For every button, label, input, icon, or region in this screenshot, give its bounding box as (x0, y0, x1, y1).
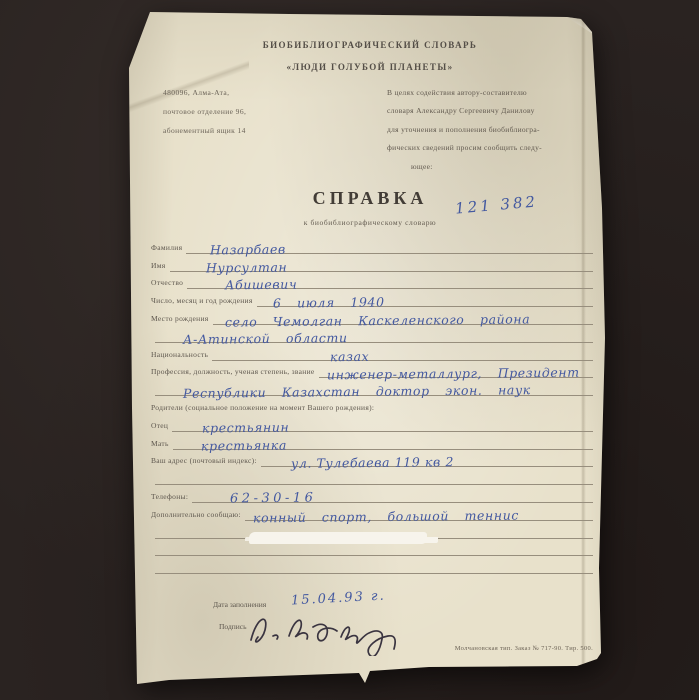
address-line: 480096, Алма-Ата, (163, 88, 229, 97)
field-label: Телефоны: (151, 492, 192, 503)
form-row: Национальностьказах (151, 343, 593, 361)
field-underline: конный спорт, большой теннис (245, 502, 593, 521)
paper-corner-fold (565, 16, 593, 34)
field-underline: Республики Казахстан доктор экон. наук (155, 377, 593, 396)
field-label: Отчество (151, 278, 187, 289)
document-subtitle: к биобиблиографическому словарю (129, 218, 611, 227)
document-title: СПРАВКА (129, 188, 611, 209)
notice-line: фических сведений просим сообщить следу- (387, 139, 589, 157)
form-row: Профессия, должность, ученая степень, зв… (151, 361, 593, 379)
form-row: Место рождениясело Чемолган Каскеленског… (151, 307, 593, 325)
field-label: Отец (151, 421, 172, 432)
form-row (151, 556, 593, 574)
field-underline (155, 520, 593, 539)
form-row: Число, месяц и год рождения6 июля 1940 (151, 289, 593, 307)
field-underline: крестьянин (172, 413, 593, 432)
field-underline: село Чемолган Каскеленского района (213, 306, 593, 325)
form-row: ФамилияНазарбаев (151, 236, 593, 254)
form-row (151, 521, 593, 539)
field-underline: ул. Тулебаева 119 кв 2 (261, 449, 593, 468)
field-underline: 6 июля 1940 (257, 288, 593, 307)
form-row: Матькрестьянка (151, 432, 593, 450)
field-underline: Абишевич (187, 271, 593, 290)
notice-line: ющее: (387, 158, 589, 176)
field-underline: Назарбаев (186, 235, 593, 254)
field-label: Мать (151, 439, 173, 450)
notice-block: В целях содействия автору-составителю сл… (387, 84, 589, 176)
field-underline: А-Атинской области (155, 324, 593, 343)
address-line: абонементный ящик 14 (163, 126, 246, 135)
dictionary-header-line1: БИОБИБЛИОГРАФИЧЕСКИЙ СЛОВАРЬ (129, 40, 611, 50)
dictionary-header-line2: «ЛЮДИ ГОЛУБОЙ ПЛАНЕТЫ» (129, 62, 611, 72)
field-underline (155, 466, 593, 485)
field-label: Национальность (151, 350, 212, 361)
field-underline: Нурсултан (170, 253, 593, 272)
address-line: почтовое отделение 96, (163, 107, 246, 116)
form-row: Телефоны:62-30-16 (151, 485, 593, 503)
notice-line: В целях содействия автору-составителю (387, 84, 589, 102)
field-underline: крестьянка (173, 431, 593, 450)
field-label: Имя (151, 261, 170, 272)
form-row: Республики Казахстан доктор экон. наук (151, 378, 593, 396)
field-underline (155, 555, 593, 574)
form-row: А-Атинской области (151, 325, 593, 343)
photo-backdrop: БИОБИБЛИОГРАФИЧЕСКИЙ СЛОВАРЬ «ЛЮДИ ГОЛУБ… (0, 0, 699, 700)
form-row (151, 539, 593, 557)
field-underline: казах (212, 342, 593, 361)
field-underline (155, 538, 593, 557)
document-paper: БИОБИБЛИОГРАФИЧЕСКИЙ СЛОВАРЬ «ЛЮДИ ГОЛУБ… (129, 8, 611, 690)
form-row: ИмяНурсултан (151, 254, 593, 272)
notice-line: словаря Александру Сергеевичу Данилову (387, 102, 589, 120)
form-row: Дополнительно сообщаю:конный спорт, боль… (151, 503, 593, 521)
form-row: ОтчествоАбишевич (151, 272, 593, 290)
notice-line: для уточнения и пополнения биобиблиогра- (387, 121, 589, 139)
publisher-address-block: 480096, Алма-Ата, почтовое отделение 96,… (163, 84, 246, 140)
form-rows: ФамилияНазарбаевИмяНурсултанОтчествоАбиш… (151, 236, 593, 574)
form-row: Отецкрестьянин (151, 414, 593, 432)
print-imprint: Молчановская тип. Заказ № 717-90. Тир. 5… (129, 645, 611, 652)
field-underline: инженер-металлург, Президент (319, 360, 593, 379)
form-row (151, 467, 593, 485)
field-underline: 62-30-16 (192, 484, 593, 503)
